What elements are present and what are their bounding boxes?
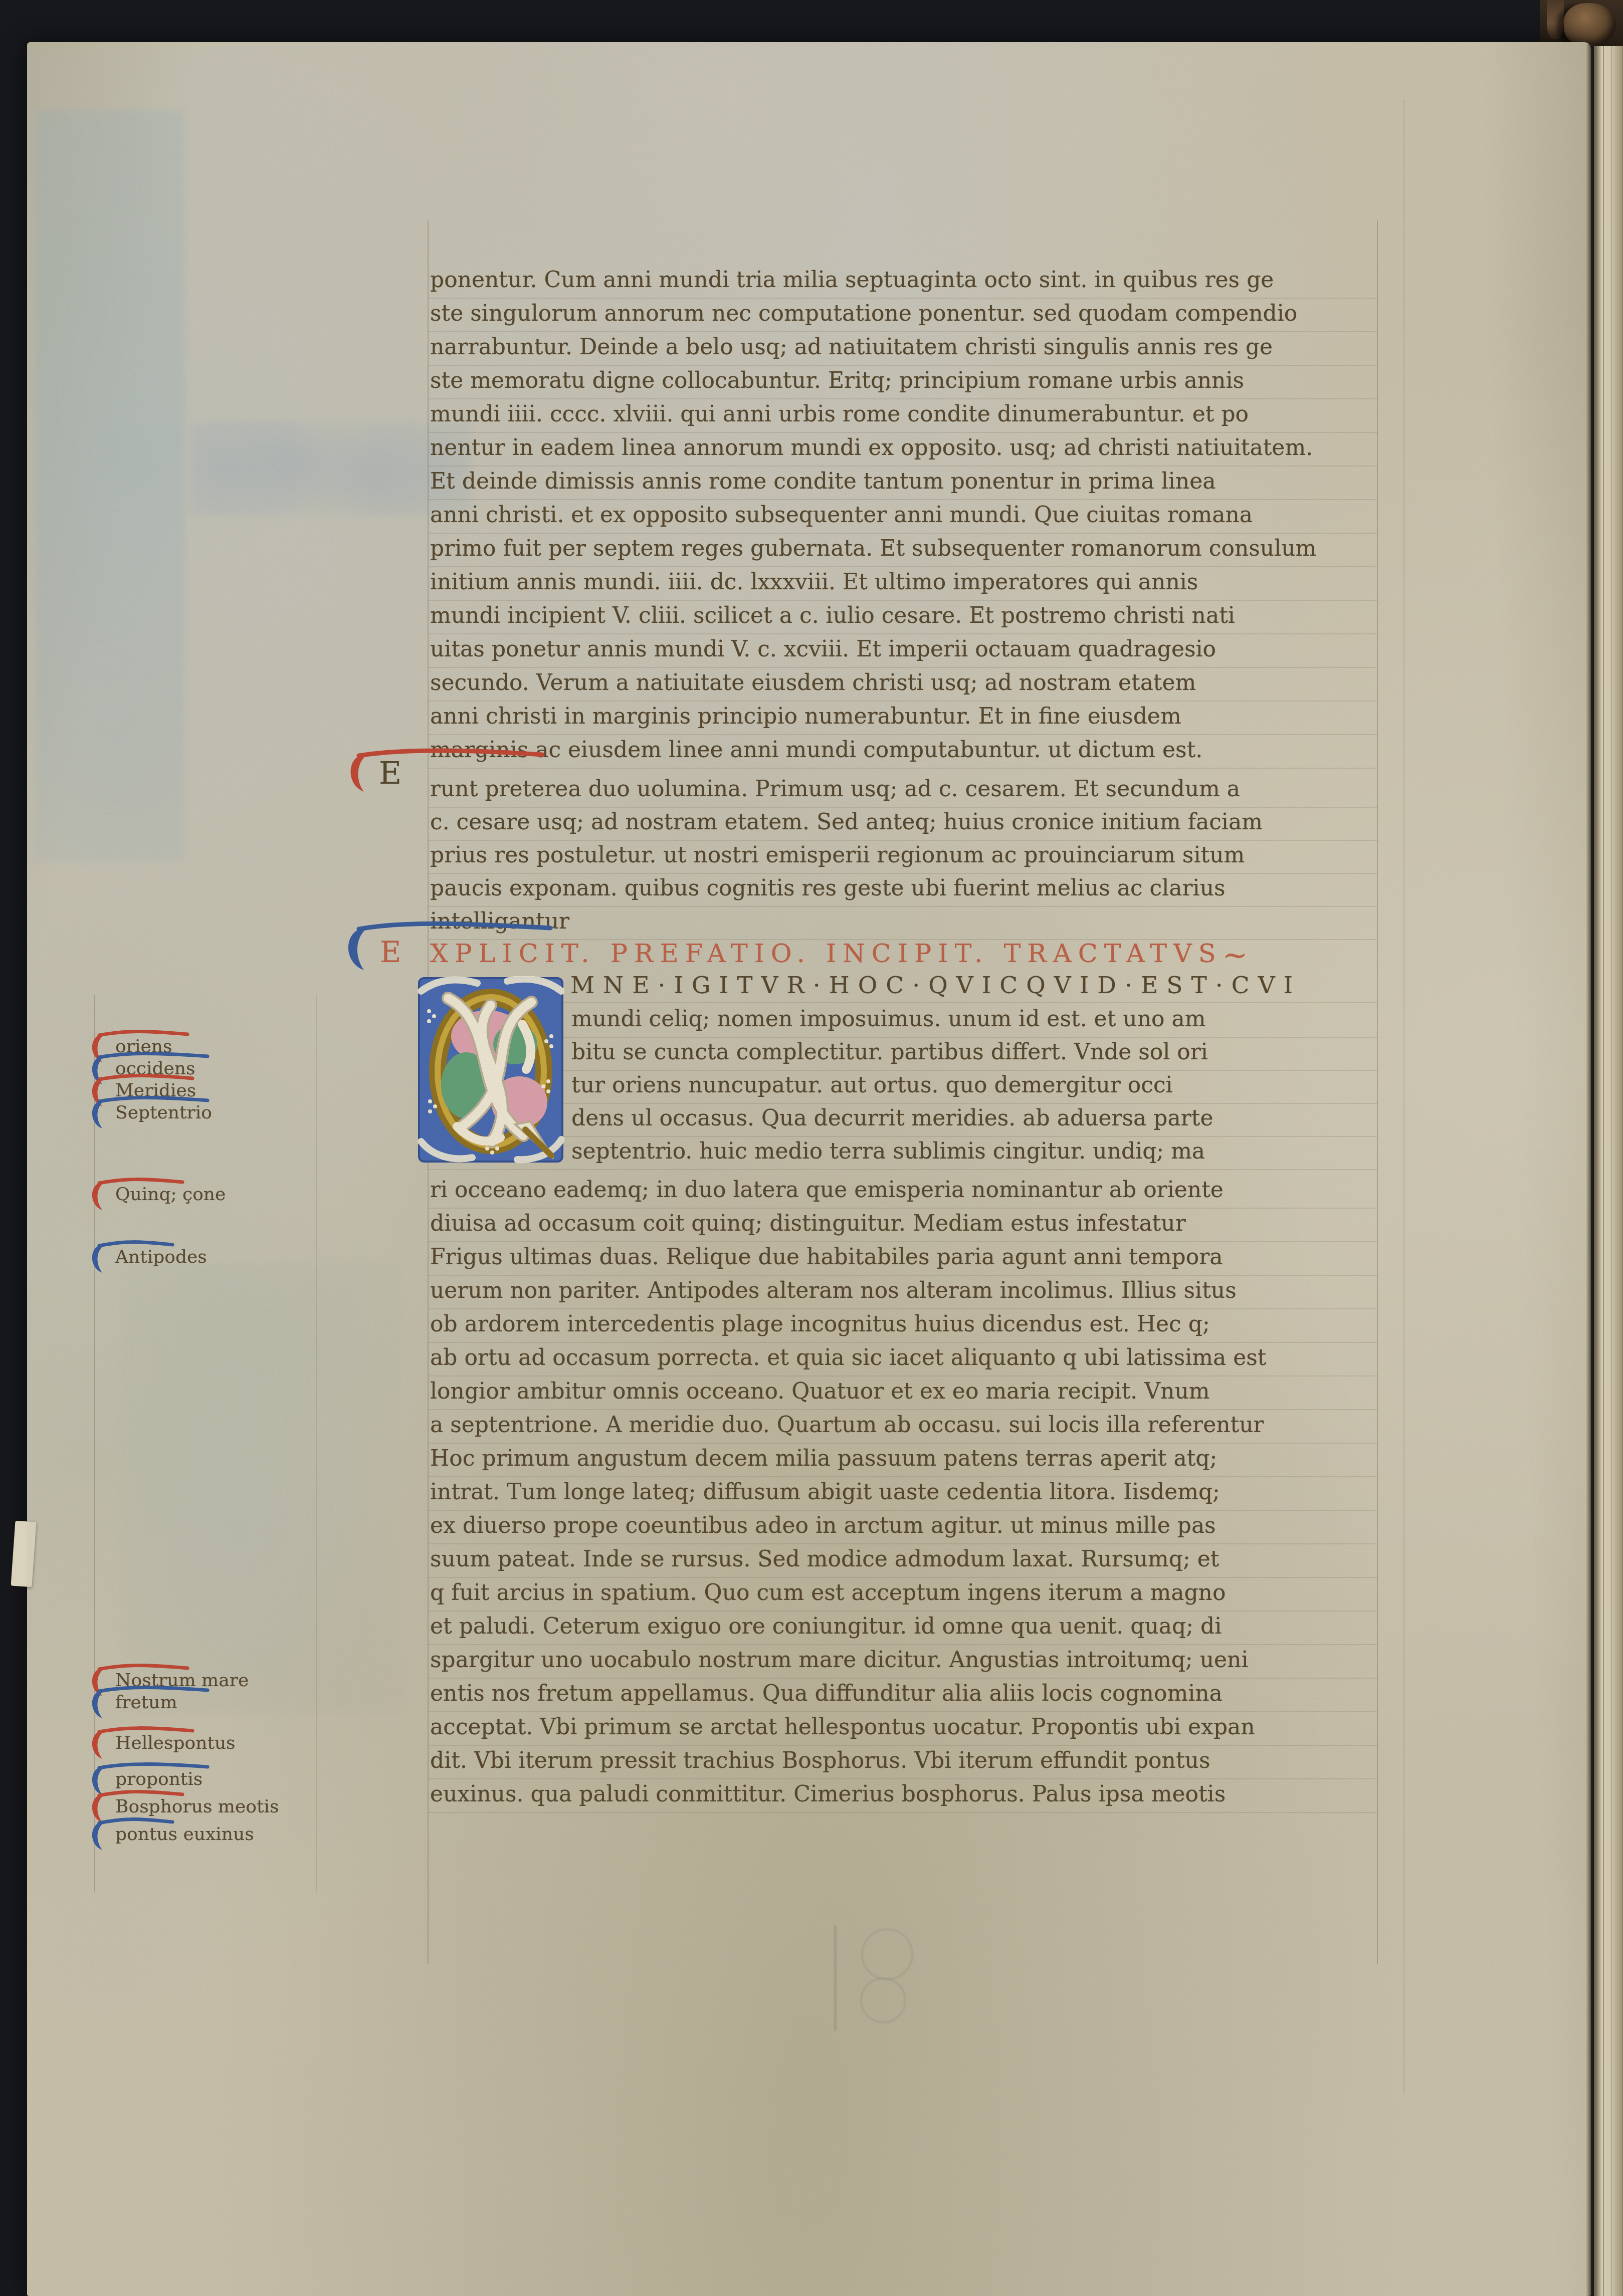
margin-note-label: propontis (115, 1769, 202, 1789)
text-line: mundi iiii. cccc. xlviii. qui anni urbis… (430, 403, 1249, 425)
ruled-baseline (429, 432, 1377, 433)
illuminated-initial-O (417, 976, 564, 1164)
text-line: Frigus ultimas duas. Relique due habitab… (430, 1246, 1223, 1268)
background-top (0, 0, 1623, 43)
text-line: ab ortu ad occasum porrecta. et quia sic… (430, 1347, 1267, 1369)
text-line: spargitur uno uocabulo nostrum mare dici… (430, 1649, 1248, 1671)
ruled-baseline (429, 1711, 1377, 1712)
ruled-baseline (429, 1342, 1377, 1343)
margin-note-label: Hellespontus (115, 1733, 236, 1753)
ruled-baseline (429, 499, 1377, 500)
margin-note-label: Septentrio (115, 1102, 212, 1123)
rubric-flourish: ~ (1223, 938, 1248, 973)
ruled-baseline (429, 768, 1377, 769)
text-line: Hoc primum angustum decem milia passuum … (430, 1448, 1217, 1470)
rubric-initial: E (380, 935, 401, 969)
ruled-baseline (429, 1208, 1377, 1209)
ruled-baseline (429, 1241, 1377, 1242)
ruled-baseline (429, 1678, 1377, 1679)
margin-note: Antipodes (86, 1240, 397, 1276)
text-line: ex diuerso prope coeuntibus adeo in arct… (430, 1515, 1216, 1537)
rubric-text: XPLICIT. PREFATIO. INCIPIT. TRACTATVS (430, 939, 1223, 969)
text-line: longior ambitur omnis occeano. Quatuor e… (430, 1381, 1210, 1403)
text-line: narrabuntur. Deinde a belo usq; ad natiu… (430, 336, 1273, 358)
ruled-baseline (429, 1409, 1377, 1410)
ruled-baseline (429, 1577, 1377, 1578)
text-line: euxinus. qua paludi conmittitur. Cimeriu… (430, 1783, 1226, 1805)
text-line: prius res postuletur. ut nostri emisperi… (430, 844, 1245, 866)
text-line: tur oriens nuncupatur. aut ortus. quo de… (571, 1074, 1173, 1096)
text-line: et paludi. Ceterum exiguo ore coniungitu… (430, 1616, 1222, 1638)
folio-edge-line (1611, 46, 1612, 2296)
ruled-baseline (429, 667, 1377, 668)
ruled-baseline (429, 1103, 1377, 1104)
text-line: diuisa ad occasum coit quinq; distinguit… (430, 1213, 1186, 1235)
ruled-baseline (429, 1745, 1377, 1746)
text-line: Et deinde dimissis annis rome condite ta… (430, 471, 1215, 493)
text-line: nentur in eadem linea annorum mundi ex o… (430, 437, 1313, 459)
ruled-baseline (429, 633, 1377, 634)
ruled-baseline (429, 298, 1377, 299)
text-line: uerum non pariter. Antipodes alteram nos… (430, 1280, 1237, 1302)
ruled-baseline (429, 600, 1377, 601)
ruled-baseline (429, 1070, 1377, 1071)
ruled-baseline (429, 1812, 1377, 1813)
ruled-baseline (429, 840, 1377, 841)
text-line: anni christi. et ex opposito subsequente… (430, 504, 1253, 526)
ruled-baseline (429, 566, 1377, 567)
margin-note: fretum (86, 1685, 397, 1721)
text-line: initium annis mundi. iiii. dc. lxxxviii.… (430, 571, 1198, 593)
ruled-baseline (429, 1443, 1377, 1444)
ruled-baseline (429, 365, 1377, 366)
ruled-baseline (429, 331, 1377, 332)
text-line: primo fuit per septem reges gubernata. E… (430, 538, 1316, 560)
ruled-baseline (429, 466, 1377, 467)
next-folio-edge (1594, 46, 1623, 2296)
text-line: ponentur. Cum anni mundi tria milia sept… (430, 269, 1274, 291)
marginal-initial-E: E (379, 755, 401, 791)
ruled-baseline (429, 1375, 1377, 1376)
text-line: intrat. Tum longe lateq; diffusum abigit… (430, 1481, 1220, 1503)
text-line: secundo. Verum a natiuitate eiusdem chri… (430, 672, 1196, 694)
text-line: c. cesare usq; ad nostram etatem. Sed an… (430, 811, 1263, 833)
paragraph-mark-icon (342, 748, 552, 798)
text-line: ri occeano eademq; in duo latera que emi… (430, 1179, 1224, 1201)
margin-note-label: Quinq; çone (115, 1184, 226, 1205)
text-line: uitas ponetur annis mundi V. c. xcviii. … (430, 638, 1216, 660)
ruled-baseline (429, 1476, 1377, 1477)
rubric-explicit-incipit: XPLICIT. PREFATIO. INCIPIT. TRACTATVS~ (430, 938, 1248, 973)
manuscript-photo: ponentur. Cum anni mundi tria milia sept… (0, 0, 1623, 2296)
ruled-baseline (429, 533, 1377, 534)
text-line: acceptat. Vbi primum se arctat hellespon… (430, 1716, 1255, 1738)
text-line: MNE·IGITVR·HOC·QVICQVID·EST·CVI (570, 974, 1301, 997)
text-line: paucis exponam. quibus cognitis res gest… (430, 877, 1226, 899)
text-line: mundi celiq; nomen imposuimus. unum id e… (571, 1008, 1205, 1030)
margin-note-label: pontus euxinus (115, 1824, 254, 1845)
margin-note: Quinq; çone (86, 1177, 397, 1213)
outer-rule (1403, 100, 1404, 2095)
text-line: suum pateat. Inde se rursus. Sed modice … (430, 1548, 1219, 1570)
binding-thong (1547, 0, 1564, 39)
ruled-baseline (429, 1611, 1377, 1612)
background-left (0, 0, 28, 2296)
text-line: mundi incipient V. cliii. scilicet a c. … (430, 605, 1235, 627)
text-rule-right (1377, 220, 1378, 1964)
text-line: dit. Vbi iterum pressit trachius Bosphor… (430, 1750, 1210, 1772)
folio-edge-line (1603, 46, 1604, 2296)
ruled-baseline (429, 1510, 1377, 1511)
ruled-baseline (429, 1543, 1377, 1544)
ruled-baseline (429, 1002, 1377, 1003)
ruled-baseline (429, 873, 1377, 874)
ruled-baseline (429, 701, 1377, 702)
text-line: q fuit arcius in spatium. Quo cum est ac… (430, 1582, 1226, 1604)
ruled-baseline (429, 807, 1377, 808)
text-line: bitu se cuncta complectitur. partibus di… (571, 1041, 1208, 1063)
text-line: anni christi in marginis principio numer… (430, 706, 1181, 728)
ruled-baseline (429, 1037, 1377, 1038)
ruled-baseline (429, 1644, 1377, 1645)
text-line: ste memoratu digne collocabuntur. Eritq;… (430, 370, 1244, 392)
margin-note-label: Bosphorus meotis (115, 1796, 279, 1817)
text-line: entis nos fretum appellamus. Qua diffund… (430, 1683, 1223, 1705)
ruled-baseline (429, 906, 1377, 907)
text-line: dens ul occasus. Qua decurrit meridies. … (571, 1107, 1213, 1129)
gutter-shadow (1586, 44, 1594, 2296)
text-line: septentrio. huic medio terra sublimis ci… (571, 1140, 1205, 1163)
text-line: a septentrione. A meridie duo. Quartum a… (430, 1414, 1264, 1436)
ruled-baseline (429, 1136, 1377, 1137)
text-line: ste singulorum annorum nec computatione … (430, 303, 1297, 325)
margin-note: Hellespontus (86, 1726, 397, 1762)
ruled-baseline (429, 1308, 1377, 1309)
ruled-baseline (429, 1169, 1377, 1170)
margin-note: pontus euxinus (86, 1817, 397, 1853)
ruled-baseline (429, 734, 1377, 735)
ruled-baseline (429, 1778, 1377, 1779)
margin-note: Septentrio (86, 1095, 397, 1131)
ruled-baseline (429, 398, 1377, 399)
ruled-baseline (429, 1275, 1377, 1276)
text-line: ob ardorem intercedentis plage incognitu… (430, 1313, 1210, 1335)
margin-note-label: Antipodes (115, 1247, 207, 1267)
binding-knot (1564, 3, 1616, 46)
margin-note-label: fretum (115, 1692, 177, 1713)
